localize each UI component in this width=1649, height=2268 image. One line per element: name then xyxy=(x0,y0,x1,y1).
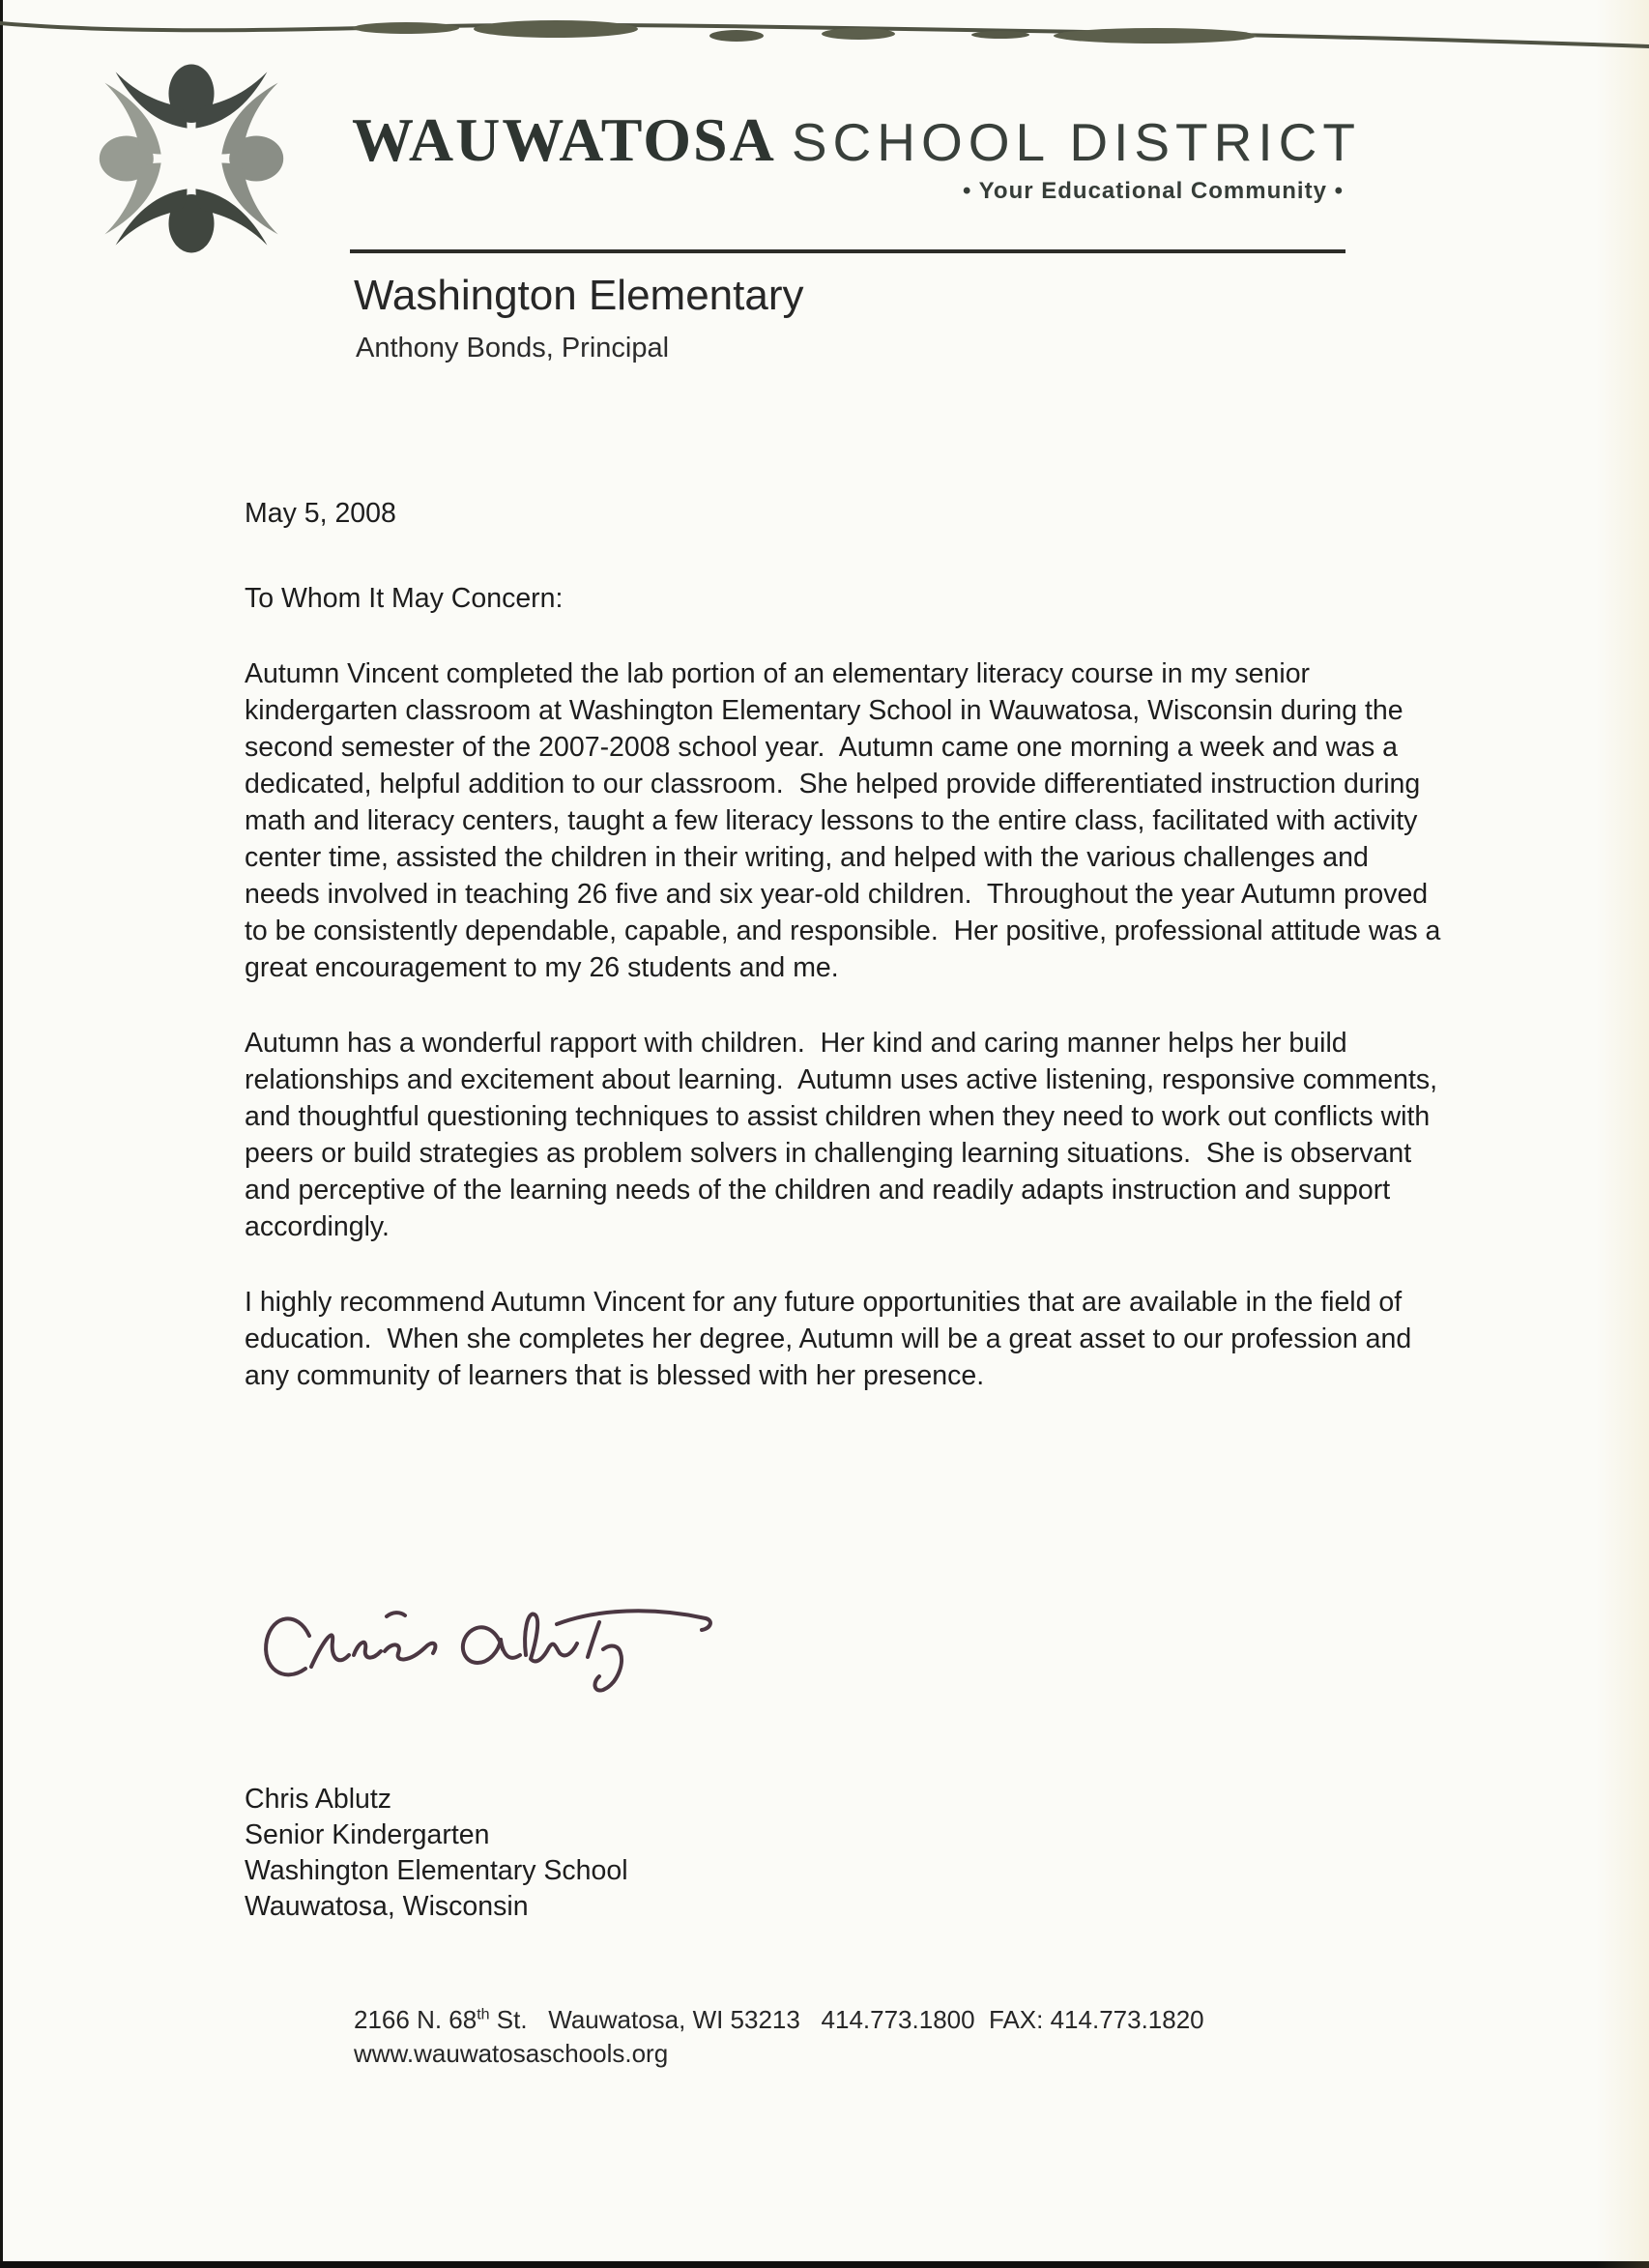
school-name: Washington Elementary xyxy=(354,272,803,320)
scan-artifact-left-edge xyxy=(0,0,3,2268)
footer-address: 2166 N. 68th St. Wauwatosa, WI 53213 414… xyxy=(354,2003,1204,2037)
closing-block: Chris Ablutz Senior Kindergarten Washing… xyxy=(245,1782,628,1925)
letter-body: May 5, 2008 To Whom It May Concern: Autu… xyxy=(245,495,1443,1394)
principal-line: Anthony Bonds, Principal xyxy=(356,333,669,364)
paragraph-2: Autumn has a wonderful rapport with chil… xyxy=(245,1025,1443,1245)
district-logo-four-figures-icon xyxy=(83,48,300,269)
scan-tint-right-edge xyxy=(1596,0,1649,2268)
district-title: WAUWATOSASCHOOL DISTRICT xyxy=(352,104,1347,176)
footer-address-rest: St. Wauwatosa, WI 53213 414.773.1800 FAX… xyxy=(490,2005,1204,2034)
paragraph-1: Autumn Vincent completed the lab portion… xyxy=(245,655,1443,986)
masthead: WAUWATOSASCHOOL DISTRICT • Your Educatio… xyxy=(352,104,1347,205)
paragraph-3: I highly recommend Autumn Vincent for an… xyxy=(245,1284,1443,1394)
district-tagline: • Your Educational Community • xyxy=(352,178,1347,205)
closing-city: Wauwatosa, Wisconsin xyxy=(245,1889,628,1925)
footer-website: www.wauwatosaschools.org xyxy=(354,2037,1204,2071)
district-name: WAUWATOSA xyxy=(352,105,776,174)
closing-title: Senior Kindergarten xyxy=(245,1817,628,1853)
closing-name: Chris Ablutz xyxy=(245,1782,628,1817)
letter-page: { "header": { "district_name": "WAUWATOS… xyxy=(0,0,1649,2268)
handwritten-signature xyxy=(249,1585,752,1740)
scan-artifact-bottom-edge xyxy=(0,2261,1649,2268)
district-suffix: SCHOOL DISTRICT xyxy=(792,112,1361,172)
footer-address-ordinal: th xyxy=(477,2006,489,2022)
letter-date: May 5, 2008 xyxy=(245,495,1443,532)
salutation: To Whom It May Concern: xyxy=(245,580,1443,617)
footer: 2166 N. 68th St. Wauwatosa, WI 53213 414… xyxy=(354,2003,1204,2071)
closing-school: Washington Elementary School xyxy=(245,1853,628,1889)
footer-address-number: 2166 N. 68 xyxy=(354,2005,477,2034)
header-divider xyxy=(350,249,1345,253)
